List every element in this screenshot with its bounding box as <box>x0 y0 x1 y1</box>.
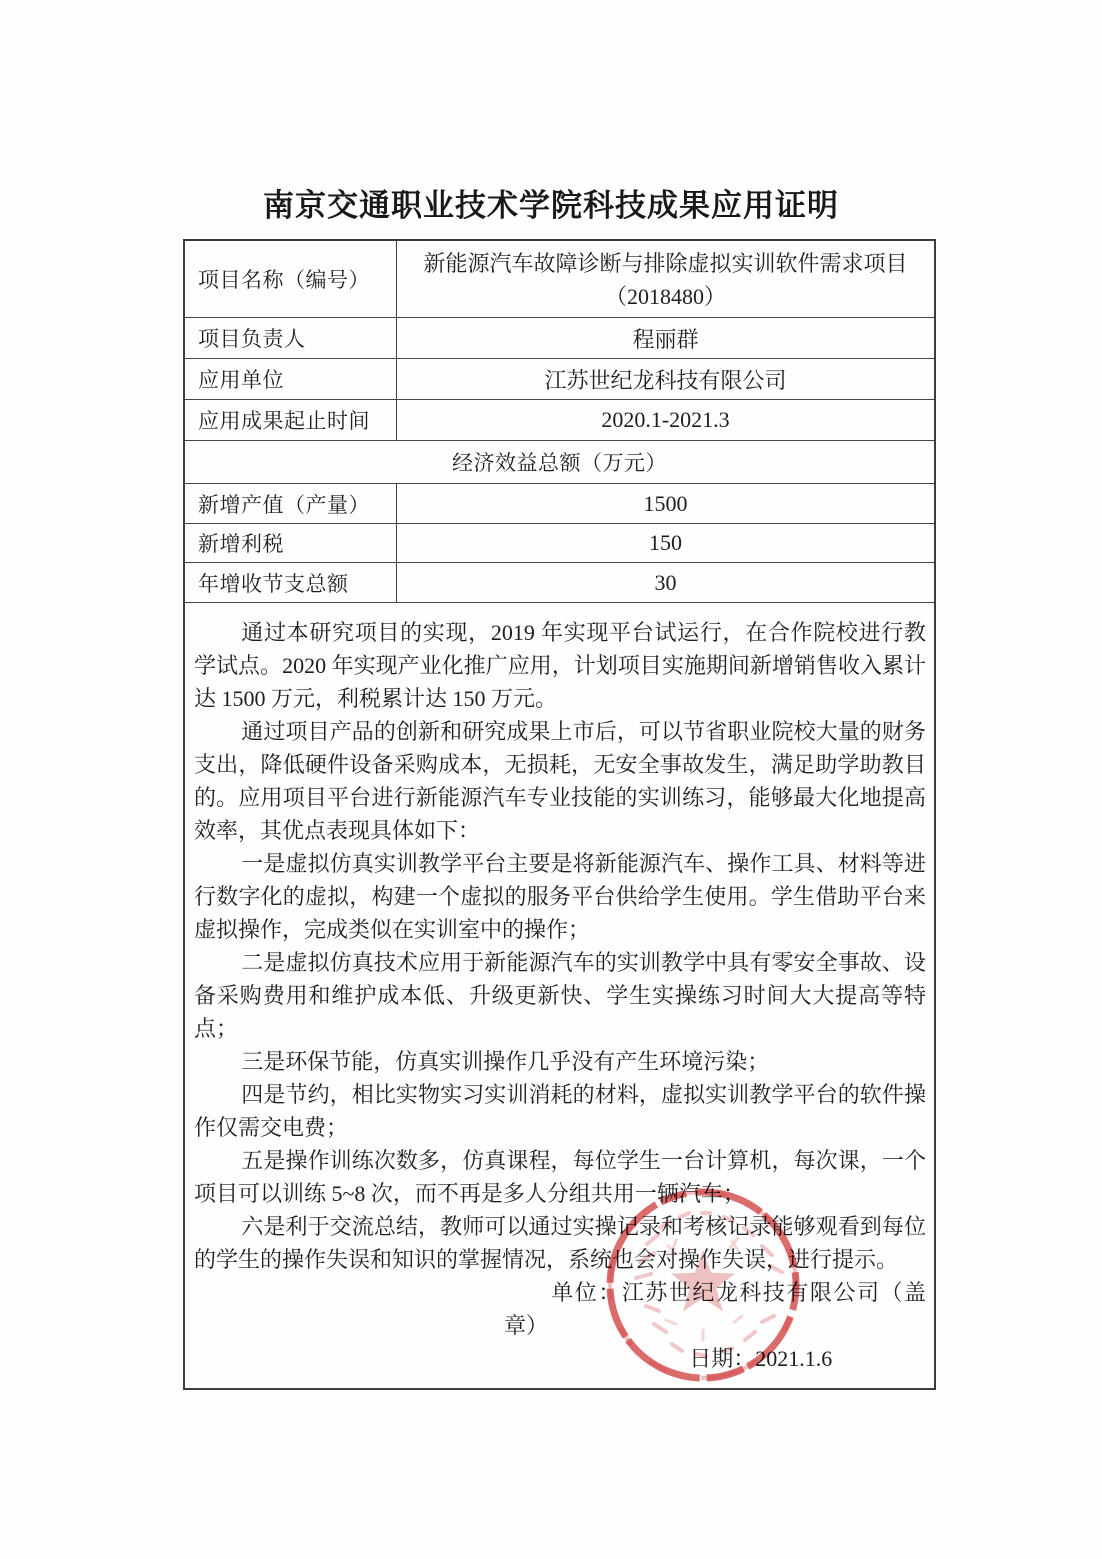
row-label: 应用单位 <box>185 359 397 399</box>
description-paragraph: 通过项目产品的创新和研究成果上市后，可以节省职业院校大量的财务支出，降低硬件设备… <box>194 715 926 847</box>
description-cell: 通过本研究项目的实现，2019 年实现平台试运行，在合作院校进行教学试点。202… <box>185 603 934 1388</box>
description-paragraph: 三是环保节能，仿真实训操作几乎没有产生环境污染； <box>194 1045 926 1078</box>
description-paragraph: 一是虚拟仿真实训教学平台主要是将新能源汽车、操作工具、材料等进行数字化的虚拟，构… <box>194 847 926 946</box>
row-label: 新增产值（产量） <box>185 484 397 523</box>
table-row-project-leader: 项目负责人 程丽群 <box>185 318 934 359</box>
signature-unit-line: 单位：江苏世纪龙科技有限公司（盖章） <box>194 1276 926 1342</box>
row-value: 江苏世纪龙科技有限公司 <box>397 359 934 399</box>
description-paragraph: 二是虚拟仿真技术应用于新能源汽车的实训教学中具有零安全事故、设备采购费用和维护成… <box>194 946 926 1045</box>
table-row-economic-benefit-header: 经济效益总额（万元） <box>185 441 934 484</box>
row-label: 新增利税 <box>185 524 397 562</box>
description-paragraph: 五是操作训练次数多，仿真课程，每位学生一台计算机，每次课，一个项目可以训练 5~… <box>194 1144 926 1210</box>
row-label: 项目名称（编号） <box>185 241 397 317</box>
row-value: 2020.1-2021.3 <box>397 400 934 440</box>
certificate-table: 项目名称（编号） 新能源汽车故障诊断与排除虚拟实训软件需求项目 （2018480… <box>183 239 936 1390</box>
document-title: 南京交通职业技术学院科技成果应用证明 <box>0 180 1102 225</box>
row-label: 项目负责人 <box>185 318 397 358</box>
row-value: 150 <box>397 524 934 562</box>
row-value: 1500 <box>397 484 934 523</box>
table-row-applying-unit: 应用单位 江苏世纪龙科技有限公司 <box>185 359 934 400</box>
table-row-new-output-value: 新增产值（产量） 1500 <box>185 484 934 524</box>
description-paragraph: 四是节约，相比实物实习实训消耗的材料，虚拟实训教学平台的软件操作仅需交电费； <box>194 1078 926 1144</box>
description-paragraph: 通过本研究项目的实现，2019 年实现平台试运行，在合作院校进行教学试点。202… <box>194 616 926 715</box>
project-name-text: 新能源汽车故障诊断与排除虚拟实训软件需求项目 <box>423 247 907 278</box>
table-row-application-period: 应用成果起止时间 2020.1-2021.3 <box>185 400 934 441</box>
table-row-project-name: 项目名称（编号） 新能源汽车故障诊断与排除虚拟实训软件需求项目 （2018480… <box>185 241 934 318</box>
row-value: 程丽群 <box>397 318 934 358</box>
merged-header-cell: 经济效益总额（万元） <box>185 441 934 483</box>
table-row-description: 通过本研究项目的实现，2019 年实现平台试运行，在合作院校进行教学试点。202… <box>185 603 934 1388</box>
scanned-certificate-page: 南京交通职业技术学院科技成果应用证明 项目名称（编号） 新能源汽车故障诊断与排除… <box>0 0 1102 1559</box>
signature-date-line: 日期：2021.1.6 <box>194 1342 926 1375</box>
row-label: 应用成果起止时间 <box>185 400 397 440</box>
row-value: 30 <box>397 563 934 602</box>
row-label: 年增收节支总额 <box>185 563 397 602</box>
table-row-new-profit-tax: 新增利税 150 <box>185 524 934 563</box>
row-value: 新能源汽车故障诊断与排除虚拟实训软件需求项目 （2018480） <box>397 241 934 317</box>
table-row-annual-savings: 年增收节支总额 30 <box>185 563 934 603</box>
project-number-text: （2018480） <box>605 280 726 311</box>
description-paragraph: 六是利于交流总结，教师可以通过实操记录和考核记录能够观看到每位的学生的操作失误和… <box>194 1210 926 1276</box>
